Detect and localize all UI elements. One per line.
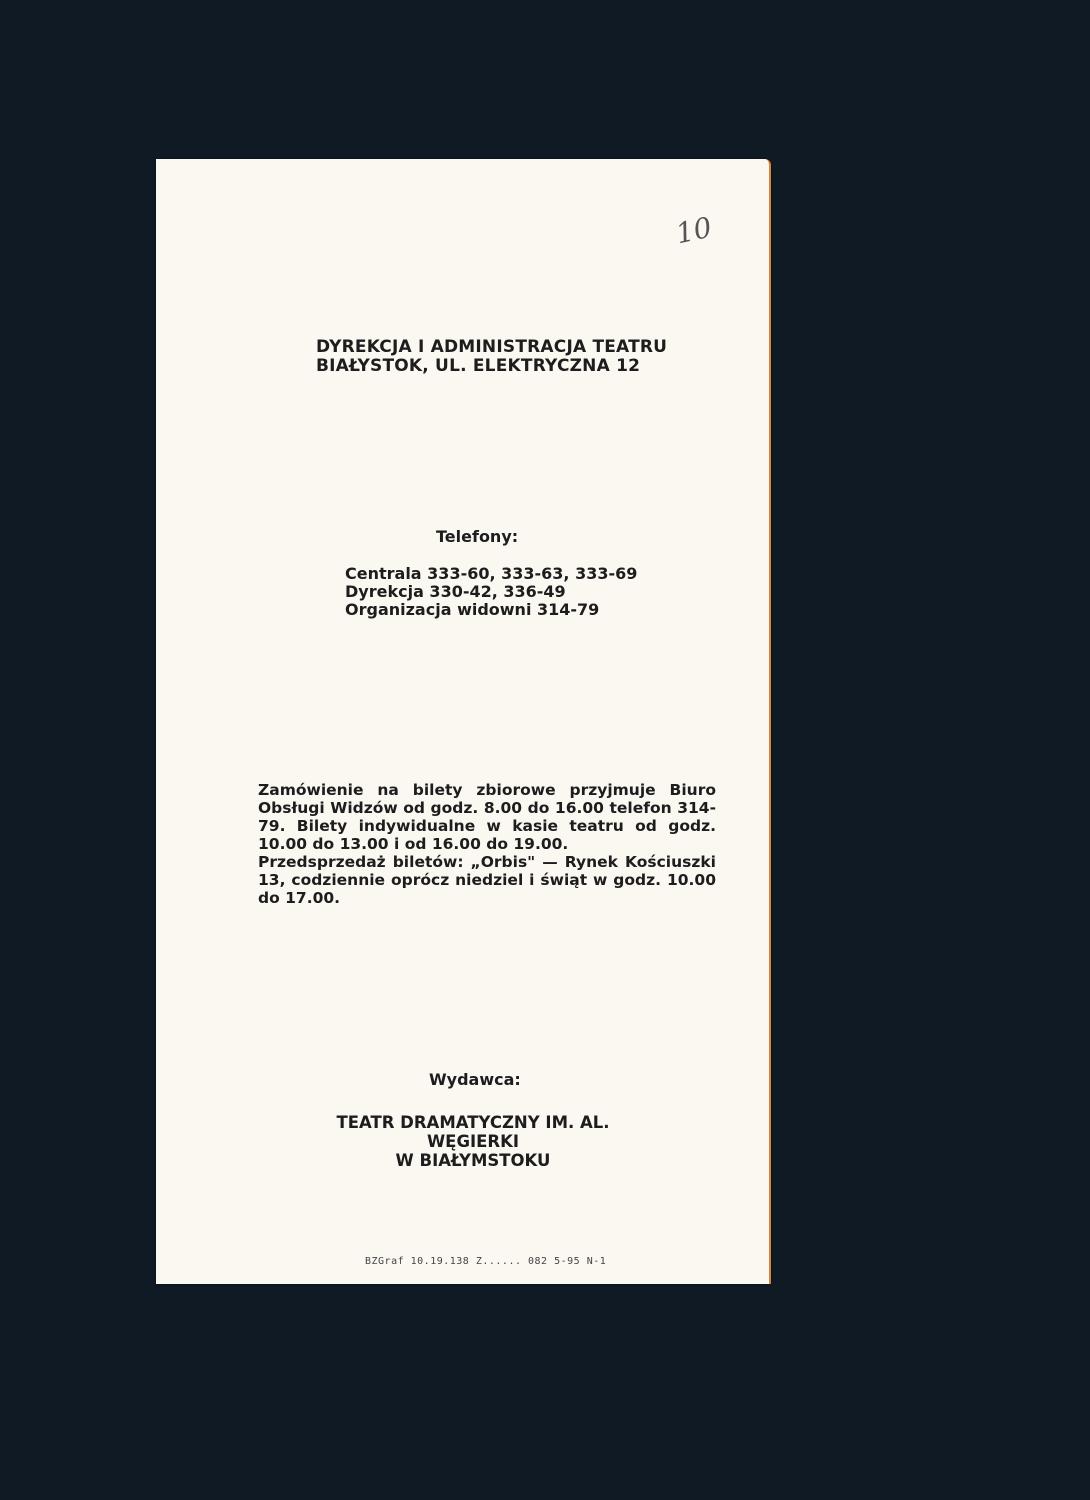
publisher-line-2: W BIAŁYMSTOKU (299, 1151, 647, 1170)
phone-line-management: Dyrekcja 330-42, 336-49 (345, 583, 637, 601)
publisher-line-1: TEATR DRAMATYCZNY IM. AL. WĘGIERKI (299, 1113, 647, 1151)
tickets-info: Zamówienie na bilety zbiorowe przyjmuje … (258, 781, 716, 907)
phones-heading: Telefony: (436, 527, 518, 546)
tickets-info-paragraph-2: Przedsprzedaż biletów: „Orbis" — Rynek K… (258, 853, 716, 907)
publisher-label: Wydawca: (429, 1070, 521, 1089)
catalog-mark: BZGraf 10.19.138 Z...... 082 5-95 N-1 (365, 1256, 606, 1267)
publisher-name: TEATR DRAMATYCZNY IM. AL. WĘGIERKI W BIA… (299, 1113, 647, 1170)
phone-line-audience-organization: Organizacja widowni 314-79 (345, 601, 637, 619)
header-line-1: DYREKCJA I ADMINISTRACJA TEATRU (316, 338, 667, 357)
phones-list: Centrala 333-60, 333-63, 333-69 Dyrekcja… (345, 565, 637, 619)
phone-line-central: Centrala 333-60, 333-63, 333-69 (345, 565, 637, 583)
theatre-administration-header: DYREKCJA I ADMINISTRACJA TEATRU BIAŁYSTO… (316, 338, 667, 376)
tickets-info-paragraph-1: Zamówienie na bilety zbiorowe przyjmuje … (258, 781, 716, 853)
header-line-2: BIAŁYSTOK, UL. ELEKTRYCZNA 12 (316, 357, 667, 376)
